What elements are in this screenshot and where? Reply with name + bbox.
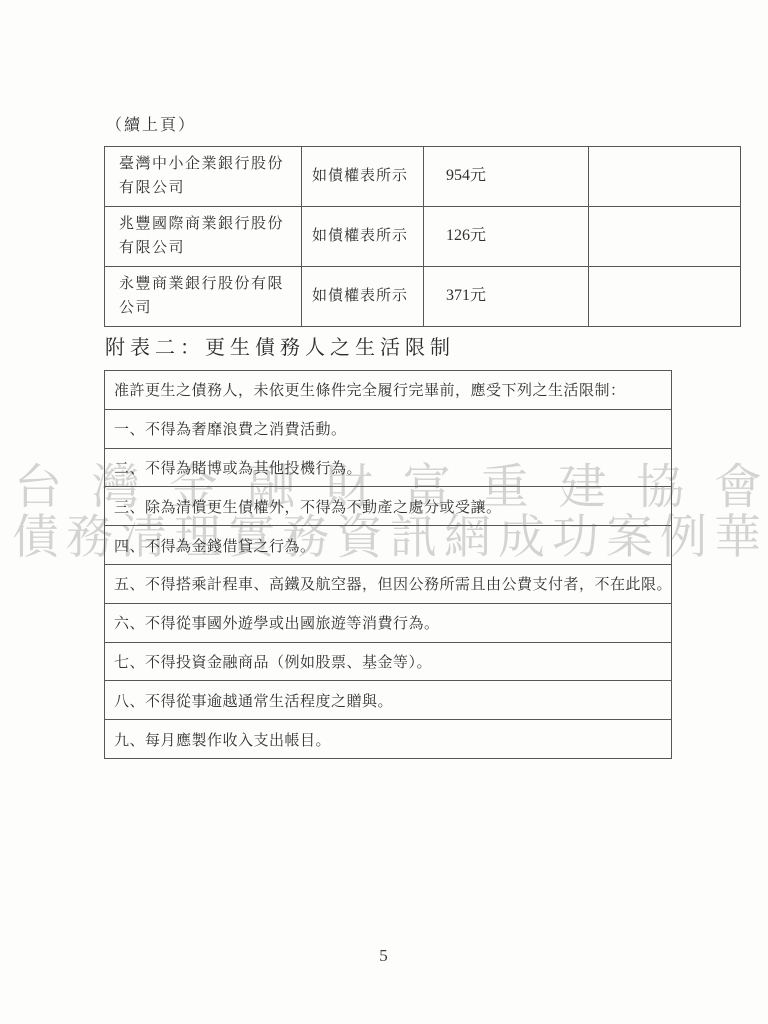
continued-from-previous-page-note: （續上頁） xyxy=(106,112,196,135)
table-row: 二、不得為賭博或為其他投機行為。 xyxy=(105,448,672,487)
watermark-text: 華 xyxy=(714,500,768,567)
restriction-item-cell: 六、不得從事國外遊學或出國旅遊等消費行為。 xyxy=(105,603,672,642)
restriction-item-cell: 一、不得為奢靡浪費之消費活動。 xyxy=(105,409,672,448)
table-row: 准許更生之債務人，未依更生條件完全履行完畢前，應受下列之生活限制： xyxy=(105,371,672,410)
restriction-item-cell: 五、不得搭乘計程車、高鐵及航空器，但因公務所需且由公費支付者，不在此限。 xyxy=(105,564,672,603)
appendix-two-title: 附表二：更生債務人之生活限制 xyxy=(105,331,455,360)
table-row: 永豐商業銀行股份有限公司 如債權表所示 371元 xyxy=(105,267,741,327)
amount-cell: 371元 xyxy=(424,267,589,327)
table-row: 五、不得搭乘計程車、高鐵及航空器，但因公務所需且由公費支付者，不在此限。 xyxy=(105,564,672,603)
restrictions-intro-cell: 准許更生之債務人，未依更生條件完全履行完畢前，應受下列之生活限制： xyxy=(105,371,672,410)
empty-note-cell xyxy=(589,267,741,327)
table-row: 八、不得從事逾越通常生活程度之贈與。 xyxy=(105,681,672,720)
table-row: 七、不得投資金融商品（例如股票、基金等）。 xyxy=(105,642,672,681)
claim-basis-cell: 如債權表所示 xyxy=(302,207,424,267)
page-number: 5 xyxy=(0,946,768,966)
scanned-document-page: 台 灣 金 融 財 富 重 建 協 會 債務清理 實務資訊網 成功案例 華 綵 … xyxy=(0,0,768,1024)
table-row: 一、不得為奢靡浪費之消費活動。 xyxy=(105,409,672,448)
table-row: 四、不得為金錢借貸之行為。 xyxy=(105,526,672,565)
restriction-item-cell: 二、不得為賭博或為其他投機行為。 xyxy=(105,448,672,487)
creditor-name-cell: 永豐商業銀行股份有限公司 xyxy=(105,267,302,327)
empty-note-cell xyxy=(589,207,741,267)
creditor-repayment-table: 臺灣中小企業銀行股份有限公司 如債權表所示 954元 兆豐國際商業銀行股份有限公… xyxy=(104,146,741,327)
claim-basis-cell: 如債權表所示 xyxy=(302,147,424,207)
restriction-item-cell: 三、除為清償更生債權外，不得為不動產之處分或受讓。 xyxy=(105,487,672,526)
table-row: 六、不得從事國外遊學或出國旅遊等消費行為。 xyxy=(105,603,672,642)
restriction-item-cell: 四、不得為金錢借貸之行為。 xyxy=(105,526,672,565)
amount-cell: 126元 xyxy=(424,207,589,267)
restriction-item-cell: 七、不得投資金融商品（例如股票、基金等）。 xyxy=(105,642,672,681)
table-row: 九、每月應製作收入支出帳目。 xyxy=(105,720,672,759)
table-row: 兆豐國際商業銀行股份有限公司 如債權表所示 126元 xyxy=(105,207,741,267)
table-row: 三、除為清償更生債權外，不得為不動產之處分或受讓。 xyxy=(105,487,672,526)
living-restrictions-table: 准許更生之債務人，未依更生條件完全履行完畢前，應受下列之生活限制： 一、不得為奢… xyxy=(104,370,672,759)
amount-cell: 954元 xyxy=(424,147,589,207)
empty-note-cell xyxy=(589,147,741,207)
watermark-char: 會 xyxy=(714,448,762,517)
creditor-name-cell: 臺灣中小企業銀行股份有限公司 xyxy=(105,147,302,207)
table-row: 臺灣中小企業銀行股份有限公司 如債權表所示 954元 xyxy=(105,147,741,207)
restriction-item-cell: 九、每月應製作收入支出帳目。 xyxy=(105,720,672,759)
creditor-name-cell: 兆豐國際商業銀行股份有限公司 xyxy=(105,207,302,267)
claim-basis-cell: 如債權表所示 xyxy=(302,267,424,327)
restriction-item-cell: 八、不得從事逾越通常生活程度之贈與。 xyxy=(105,681,672,720)
watermark-char: 台 xyxy=(14,448,62,517)
